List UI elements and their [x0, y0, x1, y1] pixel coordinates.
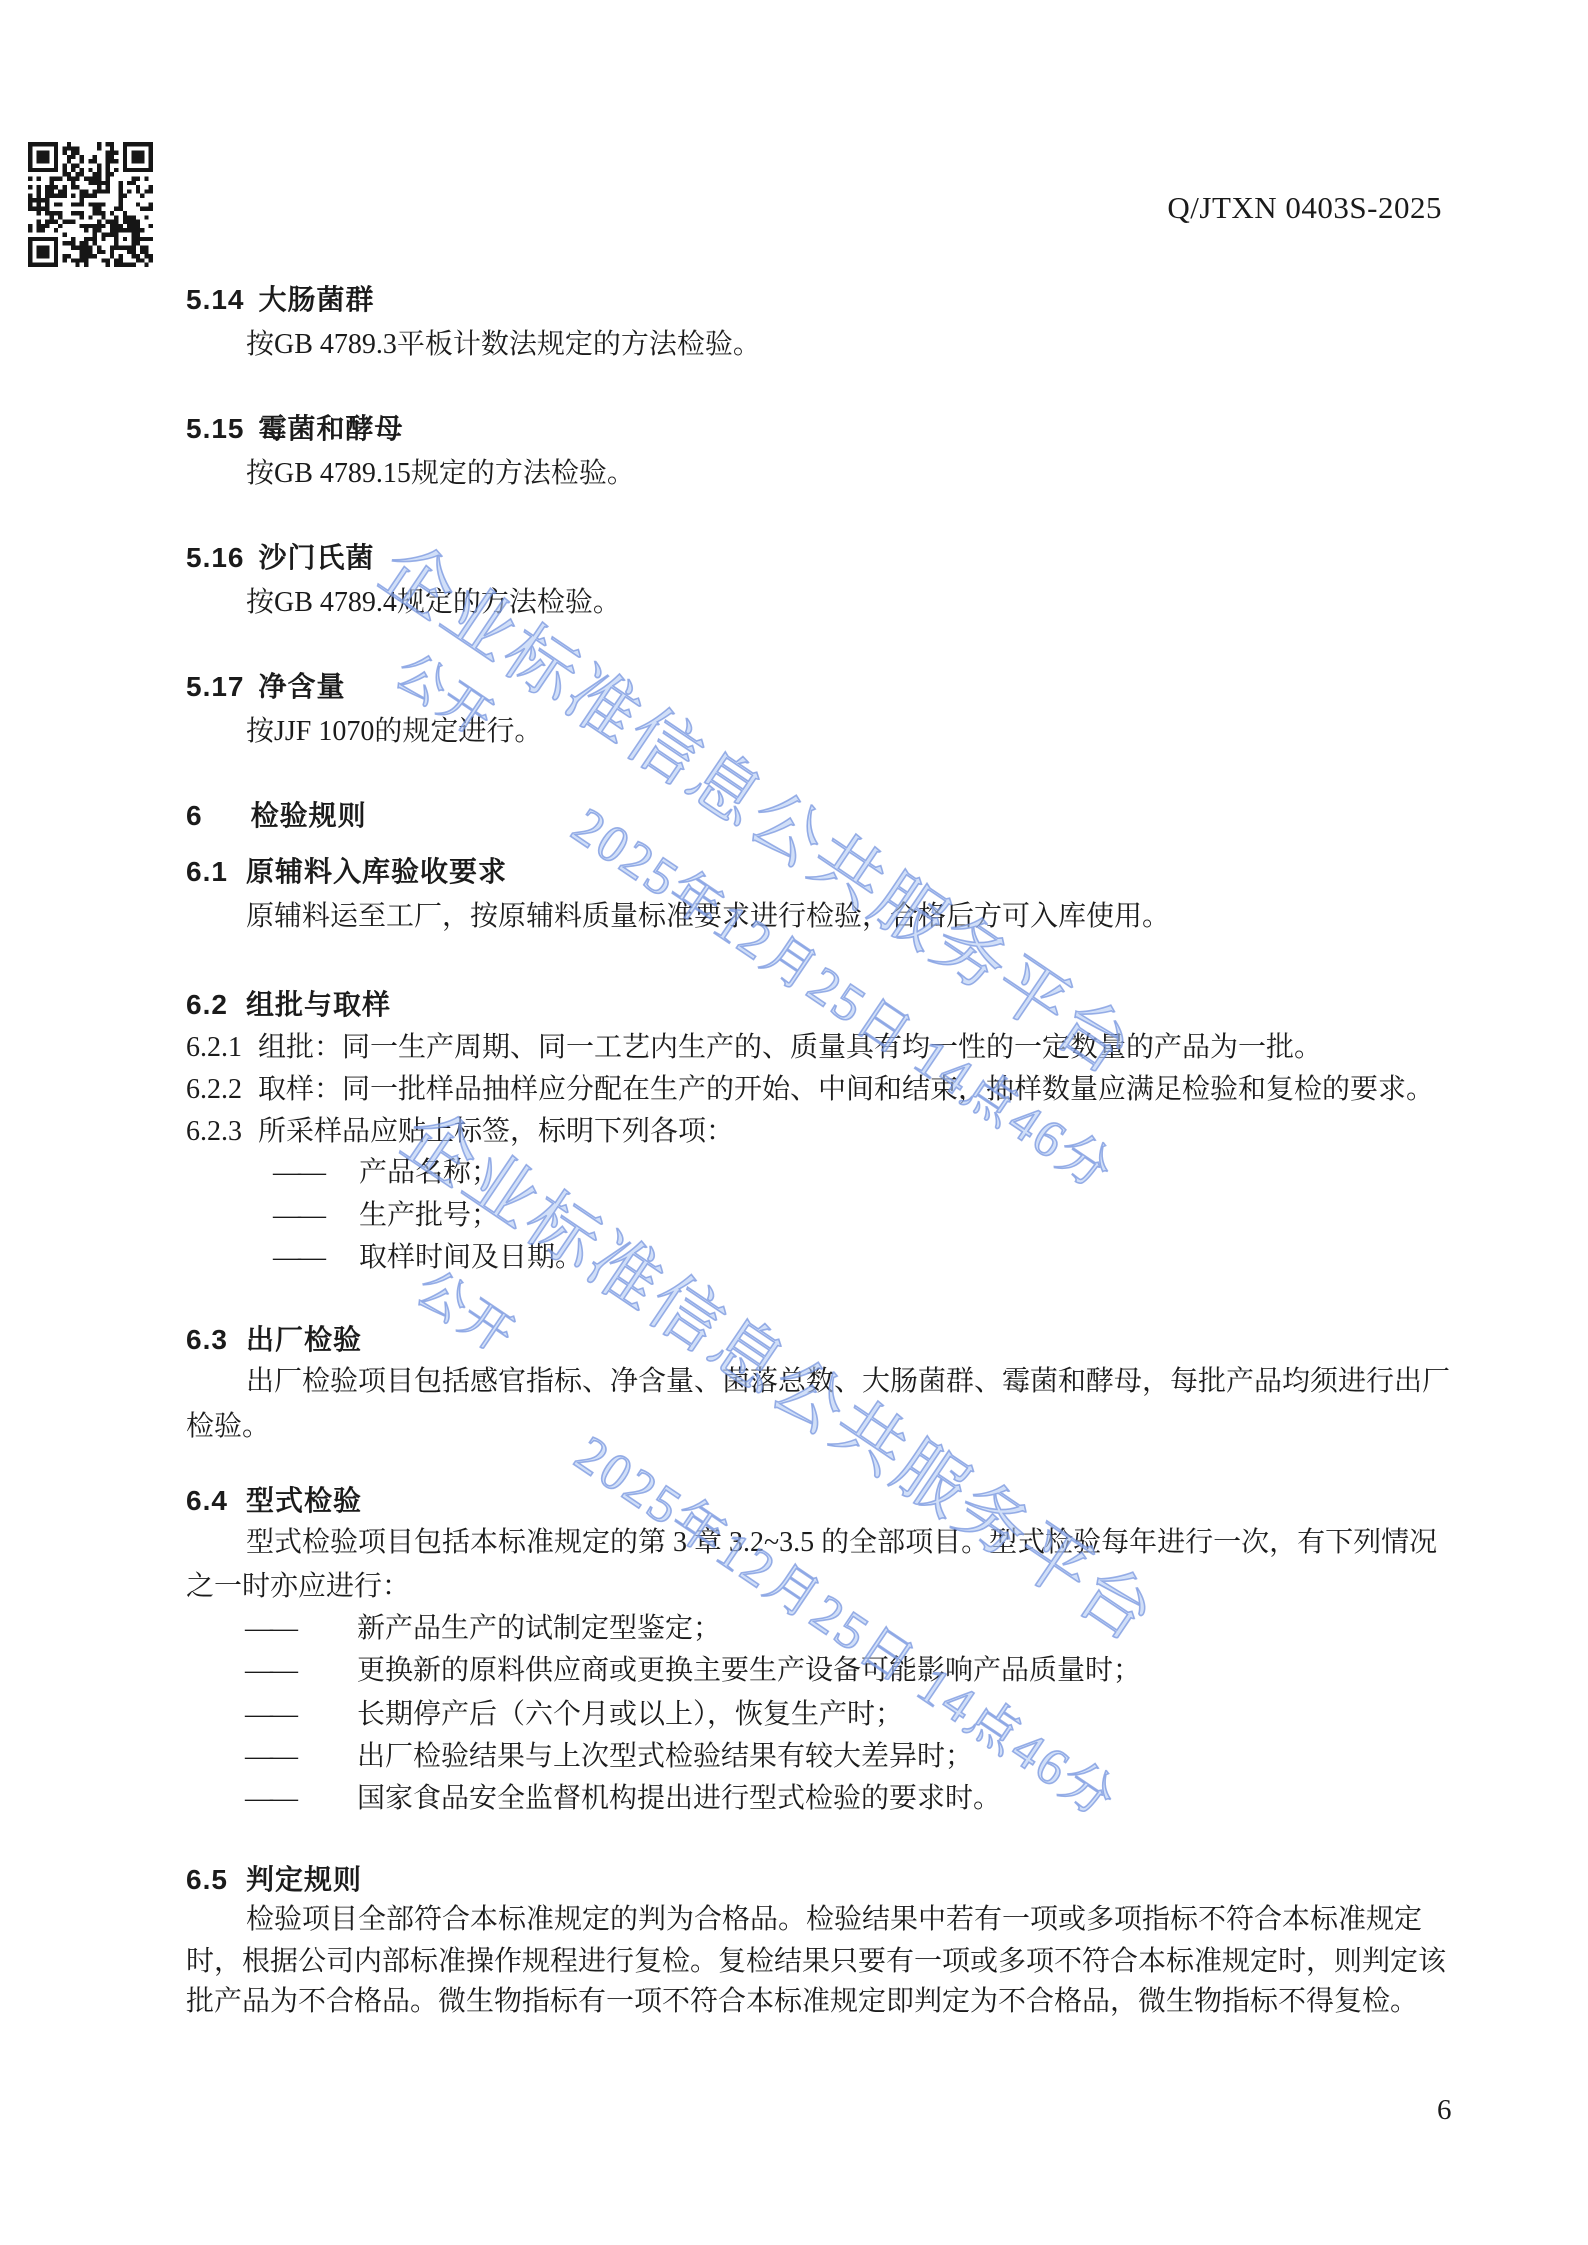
list-item: ——生产批号； — [273, 1202, 499, 1230]
section-heading-6-2: 6.2组批与取样 — [186, 991, 391, 1019]
section-heading-6-3: 6.3出厂检验 — [186, 1326, 362, 1354]
section-title: 判定规则 — [246, 1864, 362, 1895]
list-item: ——出厂检验结果与上次型式检验结果有较大差异时； — [245, 1743, 973, 1771]
list-item-text: 新产品生产的试制定型鉴定； — [357, 1613, 721, 1644]
list-item: ——产品名称； — [273, 1159, 499, 1187]
section-body-6-4-line2: 之一时亦应进行： — [186, 1573, 410, 1601]
section-title: 组批与取样 — [246, 989, 391, 1020]
section-heading-6-4: 6.4型式检验 — [186, 1487, 362, 1515]
list-item-text: 产品名称； — [359, 1157, 499, 1188]
page-number: 6 — [1437, 2096, 1452, 2125]
qr-code-pattern — [28, 142, 153, 267]
clause-number: 6.2.3 — [186, 1116, 242, 1147]
dash-marker: —— — [245, 1613, 295, 1644]
section-body-6-4-line1: 型式检验项目包括本标准规定的第 3 章 3.2~3.5 的全部项目。型式检验每年… — [246, 1529, 1437, 1557]
section-number: 6.4 — [186, 1485, 228, 1516]
list-item: ——长期停产后（六个月或以上），恢复生产时； — [245, 1701, 903, 1729]
doc-number: Q/JTXN 0403S-2025 — [1167, 192, 1442, 223]
section-title: 检验规则 — [251, 800, 367, 831]
list-item-text: 出厂检验结果与上次型式检验结果有较大差异时； — [357, 1741, 973, 1772]
section-number: 5.14 — [186, 284, 245, 315]
section-heading-6: 6检验规则 — [186, 802, 367, 830]
section-body-6-1: 原辅料运至工厂，按原辅料质量标准要求进行检验，合格后方可入库使用。 — [246, 903, 1170, 931]
section-body-6-5-line3: 批产品为不合格品。微生物指标有一项不符合本标准规定即判定为不合格品，微生物指标不… — [186, 1988, 1418, 2016]
section-body-5-14: 按GB 4789.3平板计数法规定的方法检验。 — [246, 331, 761, 359]
section-title: 净含量 — [259, 671, 346, 702]
section-heading-5-14: 5.14大肠菌群 — [186, 286, 375, 314]
list-item: ——新产品生产的试制定型鉴定； — [245, 1615, 721, 1643]
dash-marker: —— — [245, 1699, 295, 1730]
section-body-5-17: 按JJF 1070的规定进行。 — [246, 718, 542, 746]
section-title: 型式检验 — [246, 1485, 362, 1516]
section-number: 6 — [186, 800, 203, 831]
section-number: 5.17 — [186, 671, 245, 702]
section-heading-5-15: 5.15霉菌和酵母 — [186, 415, 404, 443]
list-item-text: 生产批号； — [359, 1200, 499, 1231]
section-title: 沙门氏菌 — [259, 542, 375, 573]
section-body-6-3-line1: 出厂检验项目包括感官指标、净含量、菌落总数、大肠菌群、霉菌和酵母，每批产品均须进… — [246, 1368, 1450, 1396]
clause-text: 组批：同一生产周期、同一工艺内生产的、质量具有均一性的一定数量的产品为一批。 — [258, 1032, 1322, 1063]
section-number: 5.16 — [186, 542, 245, 573]
list-item: ——国家食品安全监督机构提出进行型式检验的要求时。 — [245, 1785, 1001, 1813]
dash-marker: —— — [245, 1783, 295, 1814]
dash-marker: —— — [245, 1655, 295, 1686]
watermark-public-text: 公开 — [408, 1262, 524, 1363]
section-heading-5-17: 5.17净含量 — [186, 673, 346, 701]
dash-marker: —— — [273, 1200, 323, 1231]
list-item-text: 取样时间及日期。 — [359, 1242, 583, 1273]
section-body-6-5-line1: 检验项目全部符合本标准规定的判为合格品。检验结果中若有一项或多项指标不符合本标准… — [246, 1906, 1422, 1934]
section-title: 出厂检验 — [246, 1324, 362, 1355]
section-title: 霉菌和酵母 — [259, 413, 404, 444]
dash-marker: —— — [273, 1242, 323, 1273]
list-item: ——取样时间及日期。 — [273, 1244, 583, 1272]
section-number: 6.5 — [186, 1864, 228, 1895]
list-item-text: 国家食品安全监督机构提出进行型式检验的要求时。 — [357, 1783, 1001, 1814]
section-number: 5.15 — [186, 413, 245, 444]
section-body-6-5-line2: 时，根据公司内部标准操作规程进行复检。复检结果只要有一项或多项不符合本标准规定时… — [186, 1948, 1446, 1976]
dash-marker: —— — [245, 1741, 295, 1772]
section-title: 大肠菌群 — [259, 284, 375, 315]
dash-marker: —— — [273, 1157, 323, 1188]
section-heading-6-5: 6.5判定规则 — [186, 1866, 362, 1894]
section-body-5-16: 按GB 4789.4规定的方法检验。 — [246, 589, 621, 617]
section-heading-5-16: 5.16沙门氏菌 — [186, 544, 375, 572]
section-number: 6.2 — [186, 989, 228, 1020]
qr-code — [28, 142, 153, 267]
section-heading-6-1: 6.1原辅料入库验收要求 — [186, 858, 507, 886]
clause-text: 取样：同一批样品抽样应分配在生产的开始、中间和结束，抽样数量应满足检验和复检的要… — [258, 1074, 1434, 1105]
section-number: 6.1 — [186, 856, 228, 887]
clause-number: 6.2.2 — [186, 1074, 242, 1105]
list-item: ——更换新的原料供应商或更换主要生产设备可能影响产品质量时； — [245, 1657, 1141, 1685]
clause-6-2-2: 6.2.2取样：同一批样品抽样应分配在生产的开始、中间和结束，抽样数量应满足检验… — [186, 1076, 1434, 1104]
clause-text: 所采样品应贴上标签，标明下列各项： — [258, 1116, 734, 1147]
clause-number: 6.2.1 — [186, 1032, 242, 1063]
section-body-5-15: 按GB 4789.15规定的方法检验。 — [246, 460, 635, 488]
list-item-text: 长期停产后（六个月或以上），恢复生产时； — [357, 1699, 903, 1730]
list-item-text: 更换新的原料供应商或更换主要生产设备可能影响产品质量时； — [357, 1655, 1141, 1686]
clause-6-2-3: 6.2.3所采样品应贴上标签，标明下列各项： — [186, 1118, 734, 1146]
clause-6-2-1: 6.2.1组批：同一生产周期、同一工艺内生产的、质量具有均一性的一定数量的产品为… — [186, 1034, 1322, 1062]
section-body-6-3-line2: 检验。 — [186, 1413, 270, 1441]
section-number: 6.3 — [186, 1324, 228, 1355]
section-title: 原辅料入库验收要求 — [246, 856, 507, 887]
document-page: { "header": { "doc_number": "Q/JTXN 0403… — [0, 0, 1588, 2245]
